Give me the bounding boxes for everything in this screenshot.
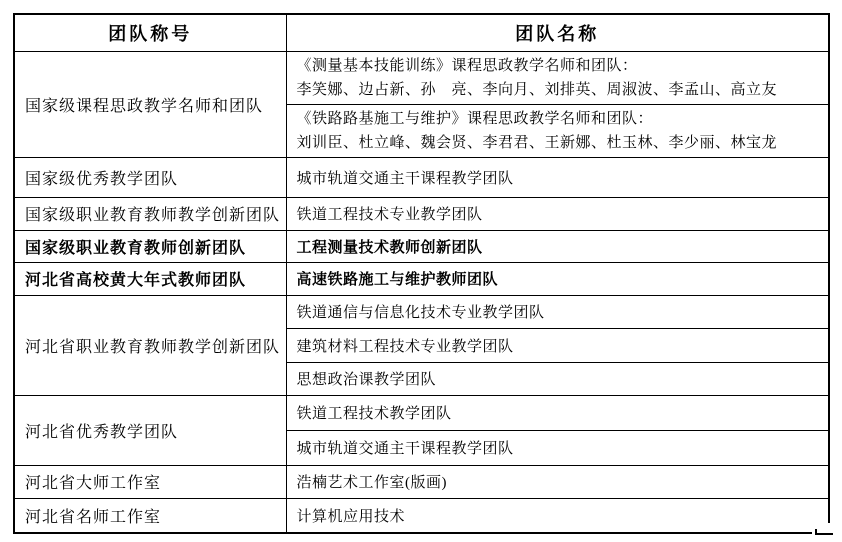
- team-name-cell: 城市轨道交通主干课程教学团队: [286, 157, 829, 197]
- team-name-cell: 铁道工程技术专业教学团队: [286, 197, 829, 230]
- team-name-cell: 计算机应用技术: [286, 498, 829, 533]
- table-row: 河北省高校黄大年式教师团队 高速铁路施工与维护教师团队: [14, 262, 829, 295]
- team-name-cell: 思想政治课教学团队: [286, 362, 829, 395]
- group-title-cell: 河北省名师工作室: [14, 498, 286, 533]
- team-title-line: 《测量基本技能训练》课程思政教学名师和团队：: [297, 54, 825, 78]
- table-row: 河北省名师工作室 计算机应用技术: [14, 498, 829, 533]
- teams-table: 团队称号 团队名称 国家级课程思政教学名师和团队 《测量基本技能训练》课程思政教…: [13, 13, 830, 534]
- group-title-cell: 国家级职业教育教师创新团队: [14, 230, 286, 262]
- document-canvas: 团队称号 团队名称 国家级课程思政教学名师和团队 《测量基本技能训练》课程思政教…: [0, 0, 842, 542]
- table-row: 河北省优秀教学团队 铁道工程技术教学团队: [14, 395, 829, 430]
- table-row: 国家级职业教育教师创新团队 工程测量技术教师创新团队: [14, 230, 829, 262]
- team-name-cell: 《铁路路基施工与维护》课程思政教学名师和团队： 刘训臣、杜立峰、魏会贤、李君君、…: [286, 104, 829, 157]
- table-row: 国家级课程思政教学名师和团队 《测量基本技能训练》课程思政教学名师和团队： 李笑…: [14, 51, 829, 104]
- team-name-cell: 浩楠艺术工作室(版画): [286, 465, 829, 498]
- team-name-cell: 城市轨道交通主干课程教学团队: [286, 430, 829, 465]
- table-row: 国家级优秀教学团队 城市轨道交通主干课程教学团队: [14, 157, 829, 197]
- team-name-cell: 高速铁路施工与维护教师团队: [286, 262, 829, 295]
- table-row: 国家级职业教育教师教学创新团队 铁道工程技术专业教学团队: [14, 197, 829, 230]
- header-row: 团队称号 团队名称: [14, 14, 829, 51]
- team-members-line: 刘训臣、杜立峰、魏会贤、李君君、王新娜、杜玉林、李少丽、林宝龙: [297, 131, 825, 155]
- team-members-line: 李笑娜、边占新、孙 亮、李向月、刘排英、周淑波、李孟山、高立友: [297, 78, 825, 102]
- group-title-cell: 国家级优秀教学团队: [14, 157, 286, 197]
- team-name-cell: 工程测量技术教师创新团队: [286, 230, 829, 262]
- team-title-line: 《铁路路基施工与维护》课程思政教学名师和团队：: [297, 107, 825, 131]
- group-title-cell: 国家级职业教育教师教学创新团队: [14, 197, 286, 230]
- group-title-cell: 河北省职业教育教师教学创新团队: [14, 295, 286, 395]
- group-title-cell: 河北省优秀教学团队: [14, 395, 286, 465]
- team-name-cell: 铁道通信与信息化技术专业教学团队: [286, 295, 829, 328]
- header-team-title: 团队称号: [14, 14, 286, 51]
- group-title-cell: 河北省大师工作室: [14, 465, 286, 498]
- table-row: 河北省大师工作室 浩楠艺术工作室(版画): [14, 465, 829, 498]
- team-name-cell: 铁道工程技术教学团队: [286, 395, 829, 430]
- team-name-cell: 建筑材料工程技术专业教学团队: [286, 328, 829, 362]
- header-team-name: 团队名称: [286, 14, 829, 51]
- corner-artifact: [815, 529, 833, 535]
- group-title-cell: 国家级课程思政教学名师和团队: [14, 51, 286, 157]
- team-name-cell: 《测量基本技能训练》课程思政教学名师和团队： 李笑娜、边占新、孙 亮、李向月、刘…: [286, 51, 829, 104]
- table-row: 河北省职业教育教师教学创新团队 铁道通信与信息化技术专业教学团队: [14, 295, 829, 328]
- group-title-cell: 河北省高校黄大年式教师团队: [14, 262, 286, 295]
